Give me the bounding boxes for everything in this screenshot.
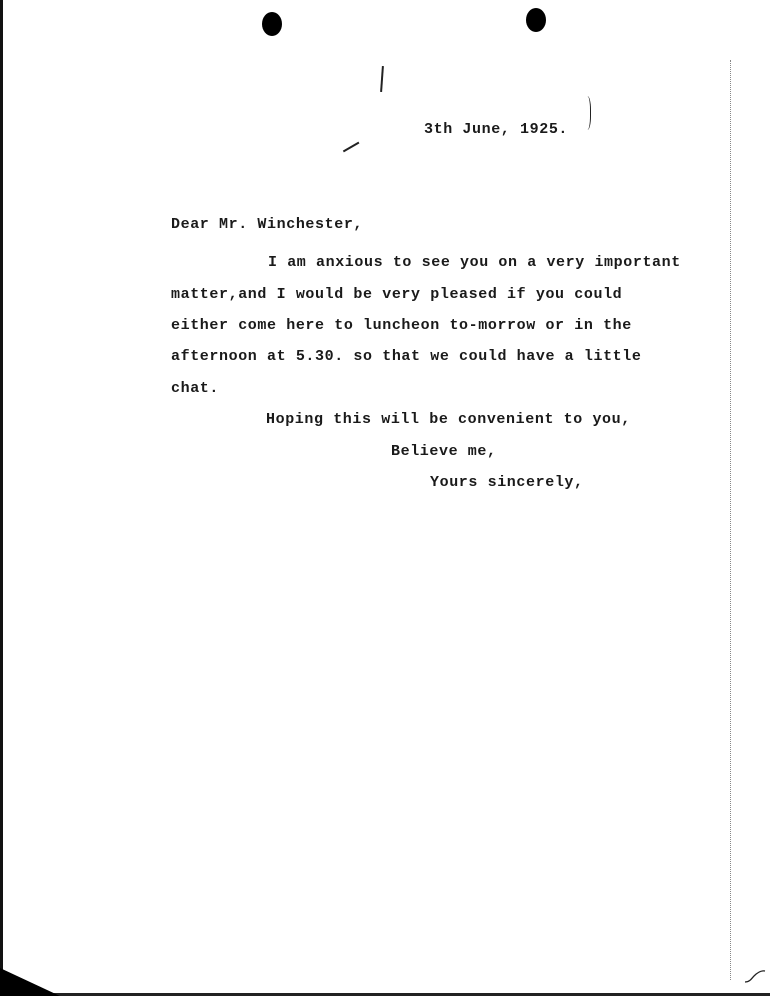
letter-page: 3th June, 1925. Dear Mr. Winchester, I a…	[0, 0, 770, 1000]
letter-salutation: Dear Mr. Winchester,	[171, 216, 363, 233]
punch-hole-right	[526, 8, 546, 32]
punch-hole-left	[262, 12, 282, 36]
body-line: I am anxious to see you on a very import…	[268, 254, 681, 271]
body-line: matter,and I would be very pleased if yo…	[171, 286, 622, 303]
letter-date: 3th June, 1925.	[424, 121, 568, 138]
page-corner-shadow	[0, 968, 60, 996]
pencil-mark	[343, 142, 359, 152]
page-left-edge	[0, 0, 3, 990]
closing-signoff: Yours sincerely,	[430, 474, 584, 491]
squiggle-mark	[744, 968, 766, 984]
body-line: either come here to luncheon to-morrow o…	[171, 317, 632, 334]
margin-bracket-mark	[582, 96, 591, 130]
page-bottom-edge	[0, 993, 770, 996]
pencil-mark	[380, 66, 384, 92]
body-line: chat.	[171, 380, 219, 397]
body-line: afternoon at 5.30. so that we could have…	[171, 348, 641, 365]
scan-artifact-line	[730, 60, 731, 980]
closing-line: Hoping this will be convenient to you,	[266, 411, 631, 428]
closing-line: Believe me,	[391, 443, 497, 460]
